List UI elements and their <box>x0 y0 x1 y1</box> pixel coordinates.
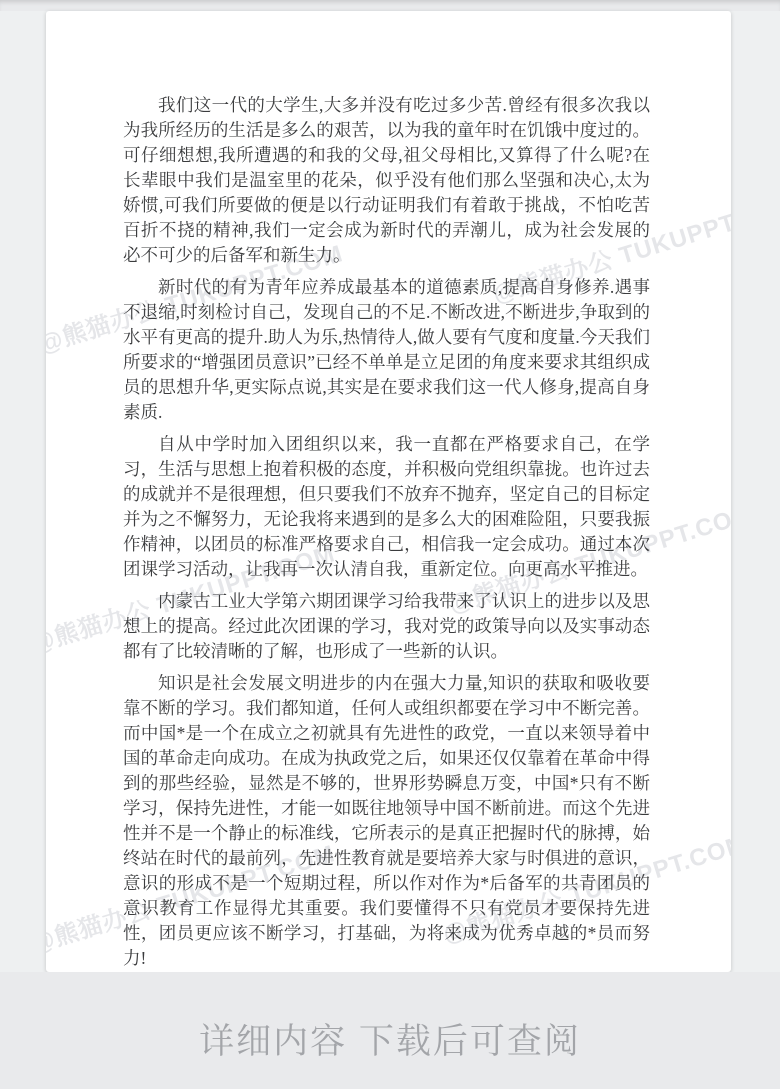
paragraph: 我们这一代的大学生,大多并没有吃过多少苦.曾经有很多次我以为我所经历的生活是多么… <box>123 93 650 268</box>
paragraph: 自从中学时加入团组织以来，我一直都在严格要求自己，在学习，生活与思想上抱着积极的… <box>123 432 650 582</box>
document-preview-viewport: @熊猫办公 TUKUPPT.COM @熊猫办公 TUKUPPT.COM @熊猫办… <box>0 0 780 1089</box>
paragraph: 知识是社会发展文明进步的内在强大力量,知识的获取和吸收要靠不断的学习。我们都知道… <box>123 671 650 971</box>
document-body: 我们这一代的大学生,大多并没有吃过多少苦.曾经有很多次我以为我所经历的生活是多么… <box>123 93 650 972</box>
document-page: @熊猫办公 TUKUPPT.COM @熊猫办公 TUKUPPT.COM @熊猫办… <box>46 11 731 972</box>
previous-page-gap <box>0 0 780 11</box>
download-note: 详细内容 下载后可查阅 <box>0 1014 780 1064</box>
paragraph: 内蒙古工业大学第六期团课学习给我带来了认识上的进步以及思想上的提高。经过此次团课… <box>123 589 650 664</box>
paragraph: 新时代的有为青年应养成最基本的道德素质,提高自身修养.遇事不退缩,时刻检讨自己，… <box>123 275 650 425</box>
